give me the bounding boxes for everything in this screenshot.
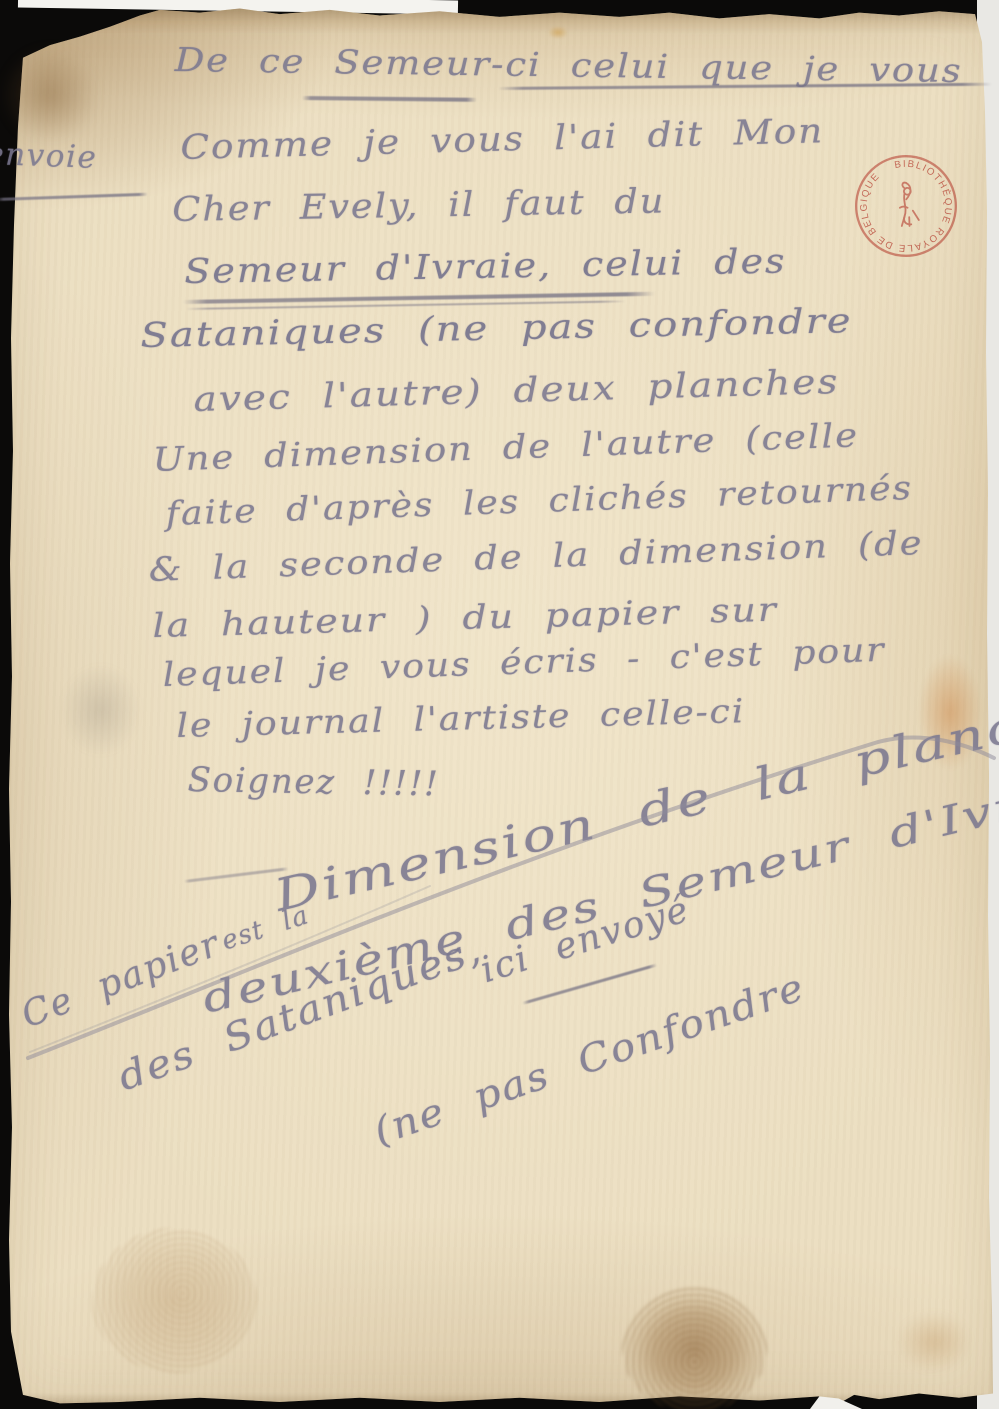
scanned-letter-page: De ce Semeur-ci celui que je vous envoie… [0,0,999,1409]
belgian-lion-icon [891,181,921,228]
pencil-sweep-stroke [0,0,999,1409]
